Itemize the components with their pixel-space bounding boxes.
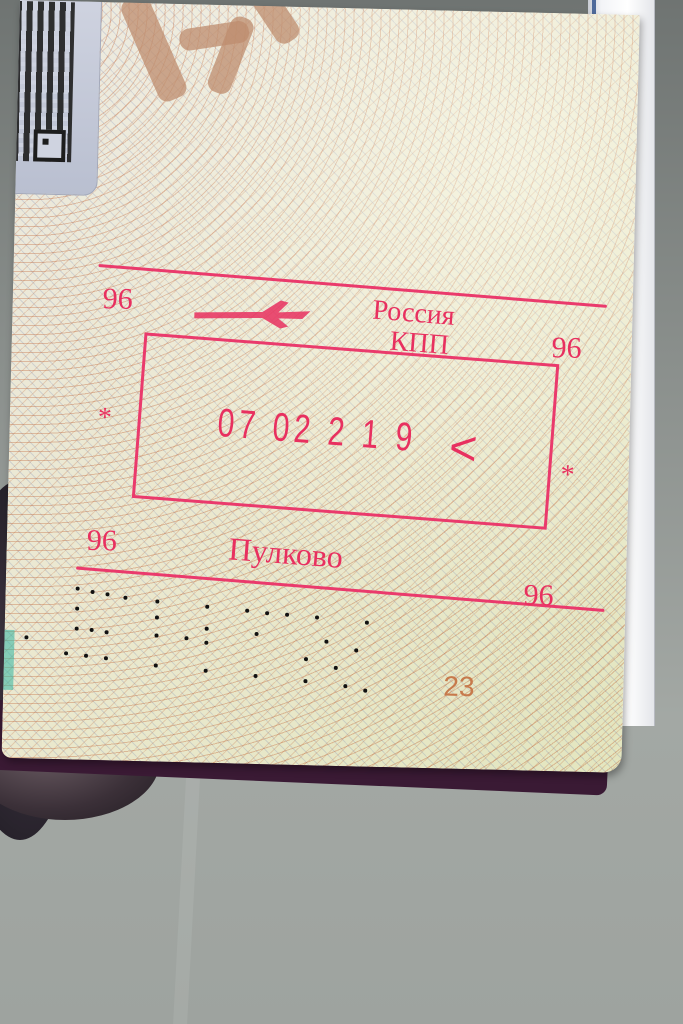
perforation-dot xyxy=(204,641,208,645)
corner-number-top-right: 96 xyxy=(551,331,582,366)
perforation-dot xyxy=(354,648,358,652)
perforation-dot xyxy=(90,628,94,632)
perforation-dot xyxy=(285,613,289,617)
perforation-dot xyxy=(363,689,367,693)
perforation-dot xyxy=(105,592,109,596)
corner-number-bottom-left: 96 xyxy=(86,524,117,559)
laminated-data-panel xyxy=(1,0,102,196)
perforation-dot xyxy=(154,663,158,667)
perforation-dot xyxy=(84,654,88,658)
perforation-dot xyxy=(75,607,79,611)
perforation-dot xyxy=(105,630,109,634)
qr-finder-pattern xyxy=(33,129,66,162)
perforation-dot xyxy=(75,627,79,631)
perforation-pattern xyxy=(20,0,640,15)
perforation-dot xyxy=(324,640,328,644)
perforation-dot xyxy=(315,615,319,619)
perforation-dot xyxy=(265,611,269,615)
perforation-dot xyxy=(64,651,68,655)
perforation-dot xyxy=(254,674,258,678)
perforation-dot xyxy=(304,657,308,661)
perforation-dot xyxy=(76,587,80,591)
emblem-watermark xyxy=(117,0,320,117)
perforation-dot xyxy=(204,669,208,673)
stamp-top-rule xyxy=(98,264,607,308)
perforation-dot xyxy=(155,599,159,603)
floor-tile-seam xyxy=(173,760,201,1024)
perforation-dot xyxy=(255,632,259,636)
perforation-dot xyxy=(334,666,338,670)
perforation-dot xyxy=(343,684,347,688)
stamp-direction-arrow: < xyxy=(447,420,479,477)
stamp-star-left: * xyxy=(97,402,112,434)
ink-mark xyxy=(3,630,14,690)
corner-number-bottom-right: 96 xyxy=(523,578,554,613)
perforation-dot xyxy=(365,621,369,625)
page-number: 23 xyxy=(443,671,475,704)
perforation-dot xyxy=(155,615,159,619)
passport-page: 96 96 96 96 Россия КПП * * 07 02 2 1 9 <… xyxy=(1,0,639,773)
perforation-dot xyxy=(184,636,188,640)
perforation-dot xyxy=(245,609,249,613)
perforation-dot xyxy=(91,590,95,594)
airplane-icon xyxy=(192,296,313,329)
corner-number-top-left: 96 xyxy=(102,282,133,317)
stamp-star-right: * xyxy=(560,459,575,491)
perforation-dot xyxy=(205,627,209,631)
perforation-dot xyxy=(205,605,209,609)
perforation-dot xyxy=(303,679,307,683)
perforation-dot xyxy=(123,596,127,600)
stamp-location: Пулково xyxy=(227,530,344,576)
perforation-dot xyxy=(104,656,108,660)
perforation-dot xyxy=(24,635,28,639)
perforation-dot xyxy=(154,633,158,637)
